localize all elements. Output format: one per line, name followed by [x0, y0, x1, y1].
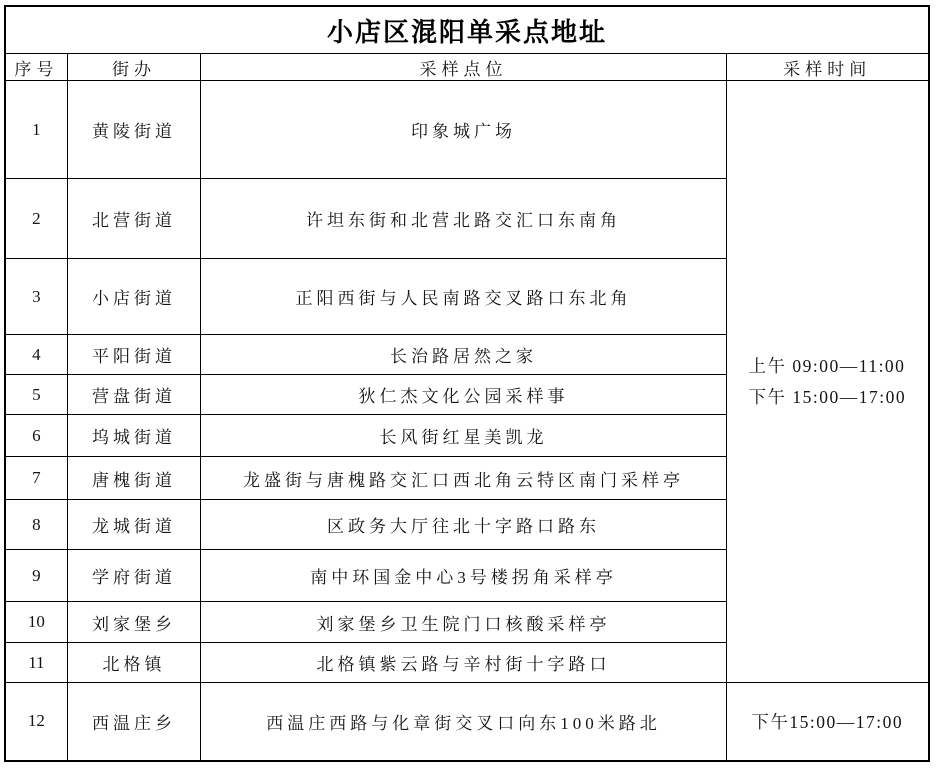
row-serial-number: 12: [5, 683, 67, 761]
table-body: 1 黄陵街道 印象城广场 上午 09:00—11:00下午 15:00—17:0…: [5, 81, 929, 761]
table-row: 1 黄陵街道 印象城广场 上午 09:00—11:00下午 15:00—17:0…: [5, 81, 929, 179]
row-serial-number: 11: [5, 643, 67, 683]
street-office-cell: 黄陵街道: [67, 81, 201, 179]
row-serial-number: 8: [5, 500, 67, 550]
sampling-location-cell: 长风街红星美凯龙: [201, 415, 726, 457]
street-office-cell: 西温庄乡: [67, 683, 201, 761]
sampling-location-cell: 印象城广场: [201, 81, 726, 179]
sampling-time-merged-cell: 上午 09:00—11:00下午 15:00—17:00: [726, 81, 929, 683]
table-row: 12 西温庄乡 西温庄西路与化章街交叉口向东100米路北 下午15:00—17:…: [5, 683, 929, 761]
sampling-location-cell: 龙盛街与唐槐路交汇口西北角云特区南门采样亭: [201, 457, 726, 500]
row-serial-number: 1: [5, 81, 67, 179]
sampling-location-cell: 许坦东街和北营北路交汇口东南角: [201, 179, 726, 259]
row-serial-number: 4: [5, 335, 67, 375]
row-serial-number: 9: [5, 550, 67, 602]
sampling-time-lines: 上午 09:00—11:00下午 15:00—17:00: [748, 351, 906, 412]
row-serial-number: 10: [5, 602, 67, 643]
row-serial-number: 2: [5, 179, 67, 259]
sampling-location-cell: 刘家堡乡卫生院门口核酸采样亭: [201, 602, 726, 643]
sampling-location-cell: 北格镇紫云路与辛村街十字路口: [201, 643, 726, 683]
street-office-cell: 唐槐街道: [67, 457, 201, 500]
street-office-cell: 龙城街道: [67, 500, 201, 550]
sampling-time-line: 下午 15:00—17:00: [748, 382, 906, 413]
sampling-location-cell: 正阳西街与人民南路交叉路口东北角: [201, 259, 726, 335]
title-row: 小店区混阳单采点地址: [5, 6, 929, 54]
street-office-cell: 北营街道: [67, 179, 201, 259]
header-sampling-time: 采样时间: [726, 54, 929, 81]
street-office-cell: 营盘街道: [67, 375, 201, 415]
street-office-cell: 北格镇: [67, 643, 201, 683]
header-sampling-location: 采样点位: [201, 54, 726, 81]
header-street-office: 街办: [67, 54, 201, 81]
street-office-cell: 学府街道: [67, 550, 201, 602]
row-serial-number: 6: [5, 415, 67, 457]
street-office-cell: 刘家堡乡: [67, 602, 201, 643]
sampling-points-table: 小店区混阳单采点地址 序号 街办 采样点位 采样时间 1 黄陵街道 印象城广场 …: [4, 5, 930, 762]
document-page: 小店区混阳单采点地址 序号 街办 采样点位 采样时间 1 黄陵街道 印象城广场 …: [0, 0, 938, 769]
street-office-cell: 平阳街道: [67, 335, 201, 375]
sampling-location-cell: 长治路居然之家: [201, 335, 726, 375]
table-title: 小店区混阳单采点地址: [5, 6, 929, 54]
sampling-location-cell: 狄仁杰文化公园采样事: [201, 375, 726, 415]
row-serial-number: 5: [5, 375, 67, 415]
sampling-location-cell: 区政务大厅往北十字路口路东: [201, 500, 726, 550]
sampling-time-row12-cell: 下午15:00—17:00: [726, 683, 929, 761]
street-office-cell: 小店街道: [67, 259, 201, 335]
header-row: 序号 街办 采样点位 采样时间: [5, 54, 929, 81]
row-serial-number: 7: [5, 457, 67, 500]
sampling-location-cell: 南中环国金中心3号楼拐角采样亭: [201, 550, 726, 602]
street-office-cell: 坞城街道: [67, 415, 201, 457]
row-serial-number: 3: [5, 259, 67, 335]
header-serial-number: 序号: [5, 54, 67, 81]
sampling-time-line: 上午 09:00—11:00: [748, 351, 906, 382]
sampling-location-cell: 西温庄西路与化章街交叉口向东100米路北: [201, 683, 726, 761]
